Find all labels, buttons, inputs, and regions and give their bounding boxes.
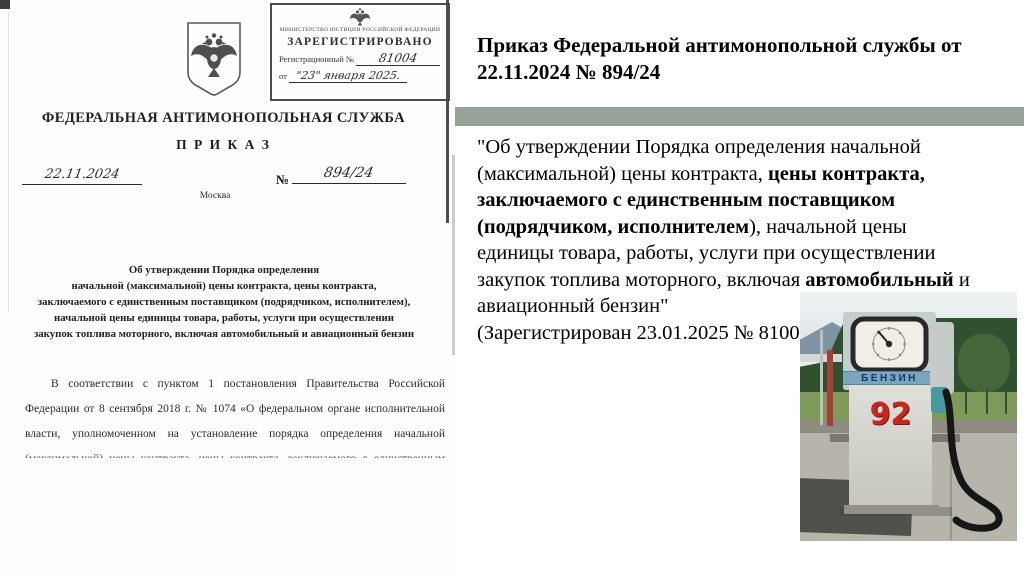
order-title-line: Об утверждении Порядка определения: [10, 262, 438, 278]
order-body-line: власти, уполномоченном на установление п…: [25, 422, 445, 447]
stamp-date-row: от "23" января 2025.: [272, 69, 448, 83]
accent-bar: [455, 107, 1024, 126]
order-title-block: Об утверждении Порядка определения начал…: [10, 262, 438, 342]
fuel-hose: [800, 292, 1017, 541]
coat-of-arms-icon: [185, 20, 243, 97]
stamp-reg-number-label: Регистрационный №: [279, 54, 354, 64]
order-number-handwritten: 894/24: [292, 165, 406, 184]
stamp-reg-number-value: 81004: [378, 51, 419, 65]
slide-content-pane: Приказ Федеральной антимонопольной служб…: [455, 0, 1024, 574]
stamp-date-prefix: от: [279, 71, 287, 81]
agency-name: ФЕДЕРАЛЬНАЯ АНТИМОНОПОЛЬНАЯ СЛУЖБА: [0, 110, 447, 127]
scan-corner-artifact: [0, 0, 10, 9]
order-title-line: начальной (максимальной) цены контракта,…: [10, 278, 438, 294]
stamp-registered-label: ЗАРЕГИСТРИРОВАНО: [272, 36, 448, 48]
registration-stamp: МИНИСТЕРСТВО ЮСТИЦИИ РОССИЙСКОЙ ФЕДЕРАЦИ…: [270, 3, 450, 101]
stamp-date-value: "23" января 2025.: [295, 69, 402, 82]
stamp-emblem-icon: [349, 7, 371, 26]
order-number-label: №: [276, 172, 289, 188]
stamp-reg-number-row: Регистрационный № 81004: [272, 51, 448, 66]
city-label: Москва: [0, 191, 430, 201]
order-date-handwritten: 22.11.2024: [22, 167, 142, 185]
scanned-document: МИНИСТЕРСТВО ЮСТИЦИИ РОССИЙСКОЙ ФЕДЕРАЦИ…: [0, 0, 455, 574]
order-title-line: закупок топлива моторного, включая автом…: [10, 326, 438, 342]
document-type-heading: П Р И К А З: [0, 137, 447, 153]
order-body-line: В соответствии с пунктом 1 постановления…: [25, 372, 445, 397]
order-title-line: начальной цены единицы товара, работы, у…: [10, 310, 438, 326]
body-segment-bold: автомобильный: [805, 269, 953, 291]
slide-title: Приказ Федеральной антимонопольной служб…: [477, 32, 989, 86]
order-body-paragraph: В соответствии с пунктом 1 постановления…: [25, 372, 445, 458]
order-title-line: заключаемого с единственным поставщиком …: [10, 294, 438, 310]
order-body-line: (максимальной) цены контракта, цены конт…: [25, 447, 445, 458]
stamp-ministry-line: МИНИСТЕРСТВО ЮСТИЦИИ РОССИЙСКОЙ ФЕДЕРАЦИ…: [272, 27, 448, 33]
fuel-pump-photo: БЕНЗИН 92: [800, 292, 1017, 541]
order-body-line: Федерации от 8 сентября 2018 г. № 1074 «…: [25, 397, 445, 422]
scan-left-edge: [8, 12, 9, 312]
presentation-slide: МИНИСТЕРСТВО ЮСТИЦИИ РОССИЙСКОЙ ФЕДЕРАЦИ…: [0, 0, 1024, 574]
